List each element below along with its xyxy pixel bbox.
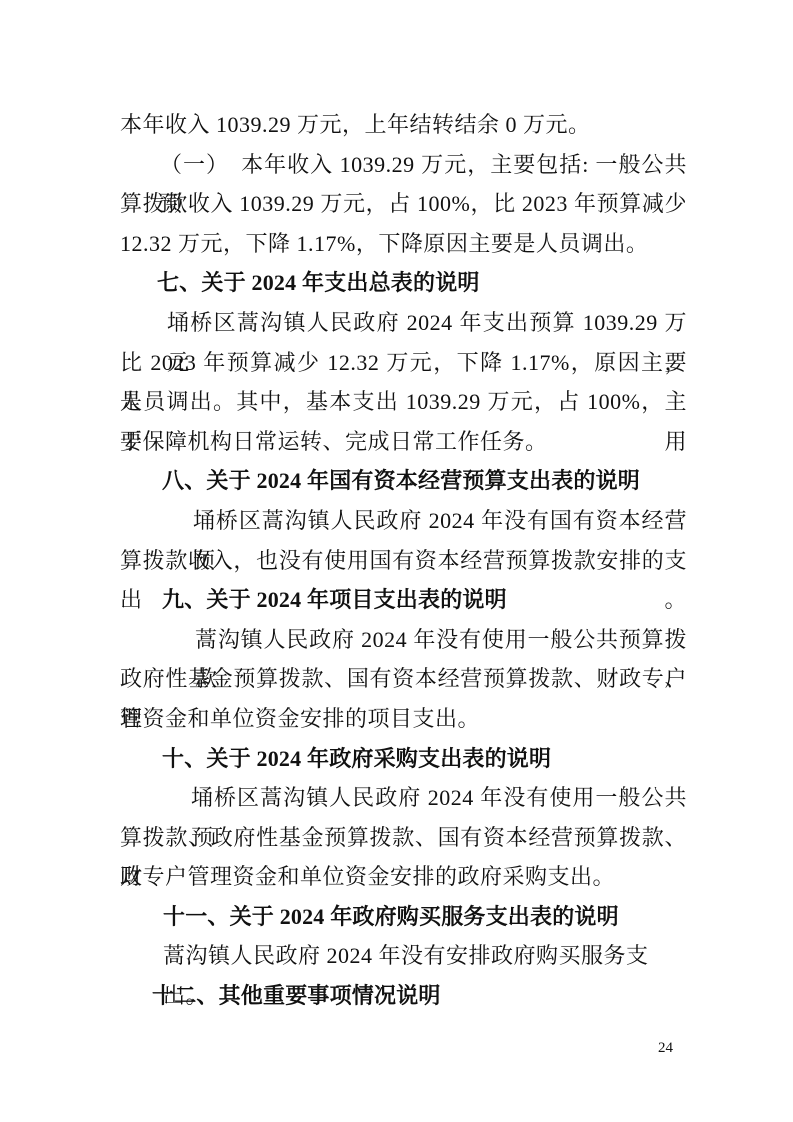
document-page: 本年收入 1039.29 万元，上年结转结余 0 万元。 （一） 本年收入 10… (0, 0, 793, 1122)
text-line: 比 2023 年预算减少 12.32 万元，下降 1.17%，原因主要是 (120, 343, 687, 383)
text-line: 政府性基金预算拨款、国有资本经营预算拨款、财政专户管 (120, 659, 687, 699)
text-line: 人员调出。其中，基本支出 1039.29 万元，占 100%，主要用 (120, 382, 687, 422)
section-heading: 七、关于 2024 年支出总表的说明 (120, 263, 687, 303)
text-line: 埇桥区蒿沟镇人民政府 2024 年没有国有资本经营预 (120, 501, 687, 541)
text-line: 蒿沟镇人民政府 2024 年没有安排政府购买服务支出。 (120, 936, 687, 976)
section-heading: 十二、其他重要事项情况说明 (120, 976, 687, 1016)
text-line: 埇桥区蒿沟镇人民政府 2024 年没有使用一般公共预 (120, 778, 687, 818)
page-number: 24 (658, 1038, 673, 1058)
text-line: 算拨款、政府性基金预算拨款、国有资本经营预算拨款、财 (120, 818, 687, 858)
text-line: 蒿沟镇人民政府 2024 年没有使用一般公共预算拨款、 (120, 620, 687, 660)
text-line: 理资金和单位资金安排的项目支出。 (120, 699, 687, 739)
text-line: 政专户管理资金和单位资金安排的政府采购支出。 (120, 857, 687, 897)
text-line: 算拨款收入 1039.29 万元，占 100%，比 2023 年预算减少 (120, 184, 687, 224)
text-line: 埇桥区蒿沟镇人民政府 2024 年支出预算 1039.29 万元， (120, 303, 687, 343)
text-line: 算拨款收入，也没有使用国有资本经营预算拨款安排的支出。 (120, 541, 687, 581)
text-line: 12.32 万元，下降 1.17%，下降原因主要是人员调出。 (120, 224, 687, 264)
section-heading: 八、关于 2024 年国有资本经营预算支出表的说明 (120, 461, 687, 501)
section-heading: 十一、关于 2024 年政府购买服务支出表的说明 (120, 897, 687, 937)
text-line: （一） 本年收入 1039.29 万元，主要包括: 一般公共预 (120, 145, 687, 185)
text-line: 本年收入 1039.29 万元，上年结转结余 0 万元。 (120, 105, 687, 145)
document-body: 本年收入 1039.29 万元，上年结转结余 0 万元。 （一） 本年收入 10… (120, 105, 687, 1016)
section-heading: 十、关于 2024 年政府采购支出表的说明 (120, 739, 687, 779)
